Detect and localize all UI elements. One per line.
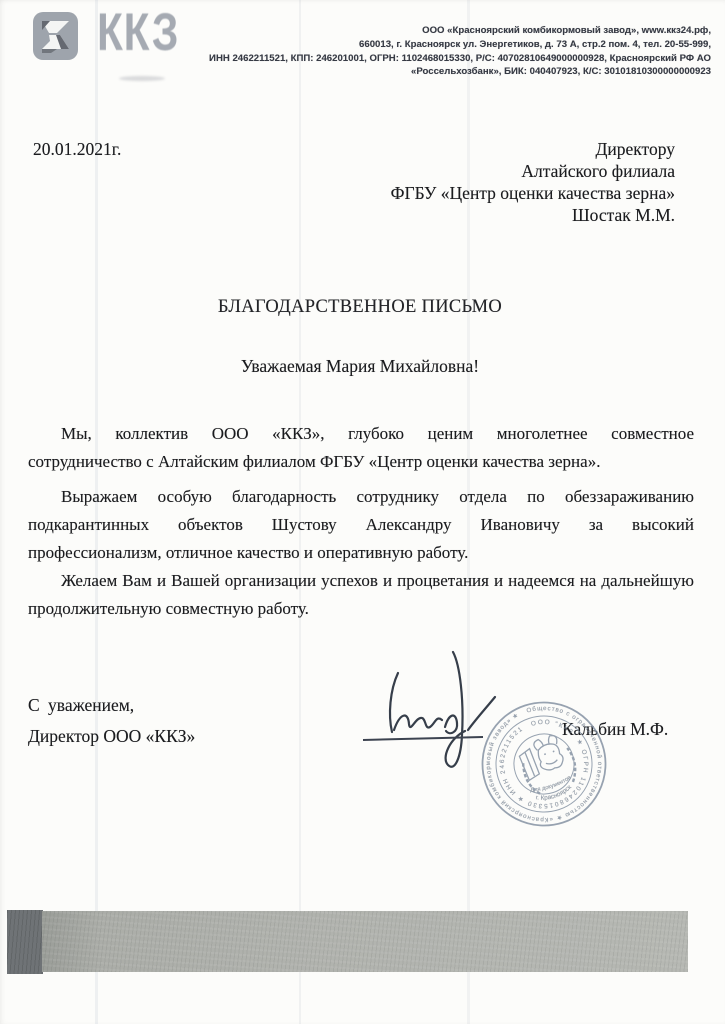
closing-block: С уважением, Директор ООО «ККЗ» [28,690,195,751]
body-line: Желаем Вам и Вашей организации успехов и… [28,567,694,595]
recipient-block: Директору Алтайского филиала ФГБУ «Центр… [391,138,675,226]
requisites-line: 660013, г. Красноярск ул. Энергетиков, д… [111,38,711,52]
recipient-line: Алтайского филиала [391,160,675,182]
requisites-line: ИНН 2462211521, КПП: 246201001, ОГРН: 11… [111,52,711,66]
handwritten-signature [350,635,520,785]
scan-artifact-bar [42,911,688,972]
body-line: сотрудничество с Алтайским филиалом ФГБУ… [28,448,694,476]
scanned-letter-page: ККЗ ООО «Красноярский комбикормовый заво… [0,0,725,1024]
company-requisites: ООО «Красноярский комбикормовый завод», … [111,24,711,79]
recipient-line: Директору [391,138,675,160]
body-line: продолжительную совместную работу. [28,595,694,623]
kkz-logo-icon [33,12,78,60]
requisites-line: ООО «Красноярский комбикормовый завод», … [111,24,711,38]
body-line: Мы, коллектив ООО «ККЗ», глубоко ценим м… [28,420,694,448]
signature-underline [363,737,483,740]
recipient-line: ФГБУ «Центр оценки качества зерна» [391,182,675,204]
requisites-line: «Россельхозбанк», БИК: 040407923, К/С: 3… [111,65,711,79]
closing-line: Директор ООО «ККЗ» [28,721,195,752]
scan-artifact-dark-block [7,910,43,974]
letter-date: 20.01.2021г. [33,139,121,160]
salutation: Уважаемая Мария Михайловна! [30,356,690,377]
body-line: подкарантинных объектов Шустову Александ… [28,511,694,539]
paragraph: Желаем Вам и Вашей организации успехов и… [28,567,694,623]
letter-title: БЛАГОДАРСТВЕННОЕ ПИСЬМО [30,297,690,318]
recipient-line: Шостак М.М. [391,204,675,226]
body-line: профессионализм, отличное качество и опе… [28,539,694,567]
body-line: Выражаем особую благодарность сотруднику… [28,483,694,511]
paragraph: Выражаем особую благодарность сотруднику… [28,483,694,567]
paragraph: Мы, коллектив ООО «ККЗ», глубоко ценим м… [28,420,694,476]
letter-body: Мы, коллектив ООО «ККЗ», глубоко ценим м… [28,420,694,623]
closing-line: С уважением, [28,690,195,721]
